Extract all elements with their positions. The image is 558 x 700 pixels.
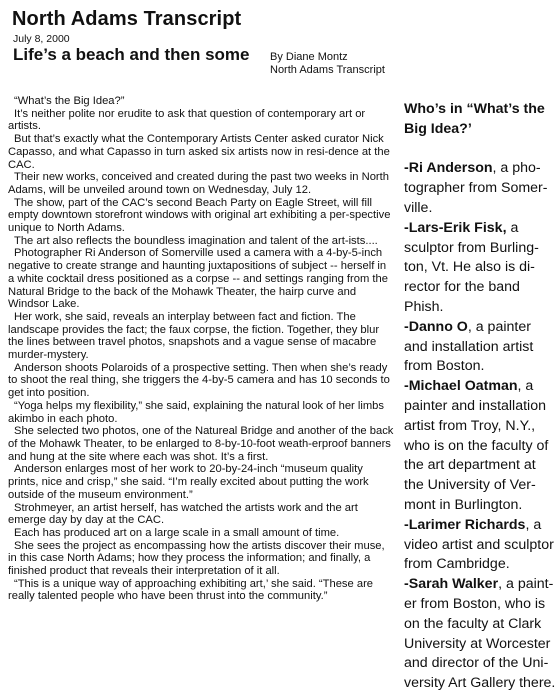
artist-name: -Lars-Erik Fisk,	[404, 220, 507, 236]
byline-affiliation: North Adams Transcript	[270, 64, 385, 77]
article-paragraph: But that’s exactly what the Contemporary…	[8, 133, 394, 171]
artist-entry: -Sarah Walker, a paint-er from Boston, w…	[404, 575, 556, 694]
artist-name: -Ri Anderson	[404, 160, 493, 176]
article-paragraph: Photographer Ri Anderson of Somerville u…	[8, 247, 394, 311]
article-paragraph: Anderson shoots Polaroids of a prospecti…	[8, 362, 394, 400]
article-paragraph: It’s neither polite nor erudite to ask t…	[8, 108, 394, 133]
sidebar-title: Who’s in “What’s the Big Idea?’	[404, 100, 556, 140]
artist-name: -Larimer Richards	[404, 517, 525, 533]
article-paragraph: “What’s the Big Idea?”	[8, 95, 394, 108]
publication-title: North Adams Transcript	[12, 7, 241, 31]
article-paragraph: Anderson enlarges most of her work to 20…	[8, 463, 394, 501]
sidebar-box: Who’s in “What’s the Big Idea?’ -Ri Ande…	[404, 100, 556, 694]
artist-entry: -Danno O, a painter and installation art…	[404, 318, 556, 377]
artist-description: , a painter and installation artist from…	[404, 378, 548, 513]
artist-name: -Michael Oatman	[404, 378, 518, 394]
article-paragraph: Strohmeyer, an artist herself, has watch…	[8, 502, 394, 527]
article-paragraph: Her work, she said, reveals an interplay…	[8, 311, 394, 362]
artist-description: , a paint-er from Boston, who is on the …	[404, 576, 555, 691]
article-paragraph: “Yoga helps my flexibility,” she said, e…	[8, 400, 394, 425]
article-paragraph: The art also reflects the boundless imag…	[8, 235, 394, 248]
artist-entry: -Larimer Richards, a video artist and sc…	[404, 516, 556, 575]
article-paragraph: She sees the project as encompassing how…	[8, 540, 394, 578]
artist-entry: -Michael Oatman, a painter and installat…	[404, 377, 556, 516]
article-headline: Life’s a beach and then some	[13, 45, 250, 65]
byline: By Diane Montz North Adams Transcript	[270, 51, 385, 77]
byline-author: By Diane Montz	[270, 51, 385, 64]
article-paragraph: She selected two photos, one of the Natu…	[8, 425, 394, 463]
article-body: “What’s the Big Idea?” It’s neither poli…	[8, 95, 394, 603]
artist-entry: -Ri Anderson, a pho-tographer from Somer…	[404, 159, 556, 218]
artist-name: -Danno O	[404, 319, 468, 335]
article-paragraph: The show, part of the CAC’s second Beach…	[8, 197, 394, 235]
article-paragraph: Each has produced art on a large scale i…	[8, 527, 394, 540]
artist-name: -Sarah Walker	[404, 576, 498, 592]
artist-entry: -Lars-Erik Fisk, a sculptor from Burling…	[404, 219, 556, 318]
article-paragraph: Their new works, conceived and created d…	[8, 171, 394, 196]
article-paragraph: “This is a unique way of approaching exh…	[8, 578, 394, 603]
